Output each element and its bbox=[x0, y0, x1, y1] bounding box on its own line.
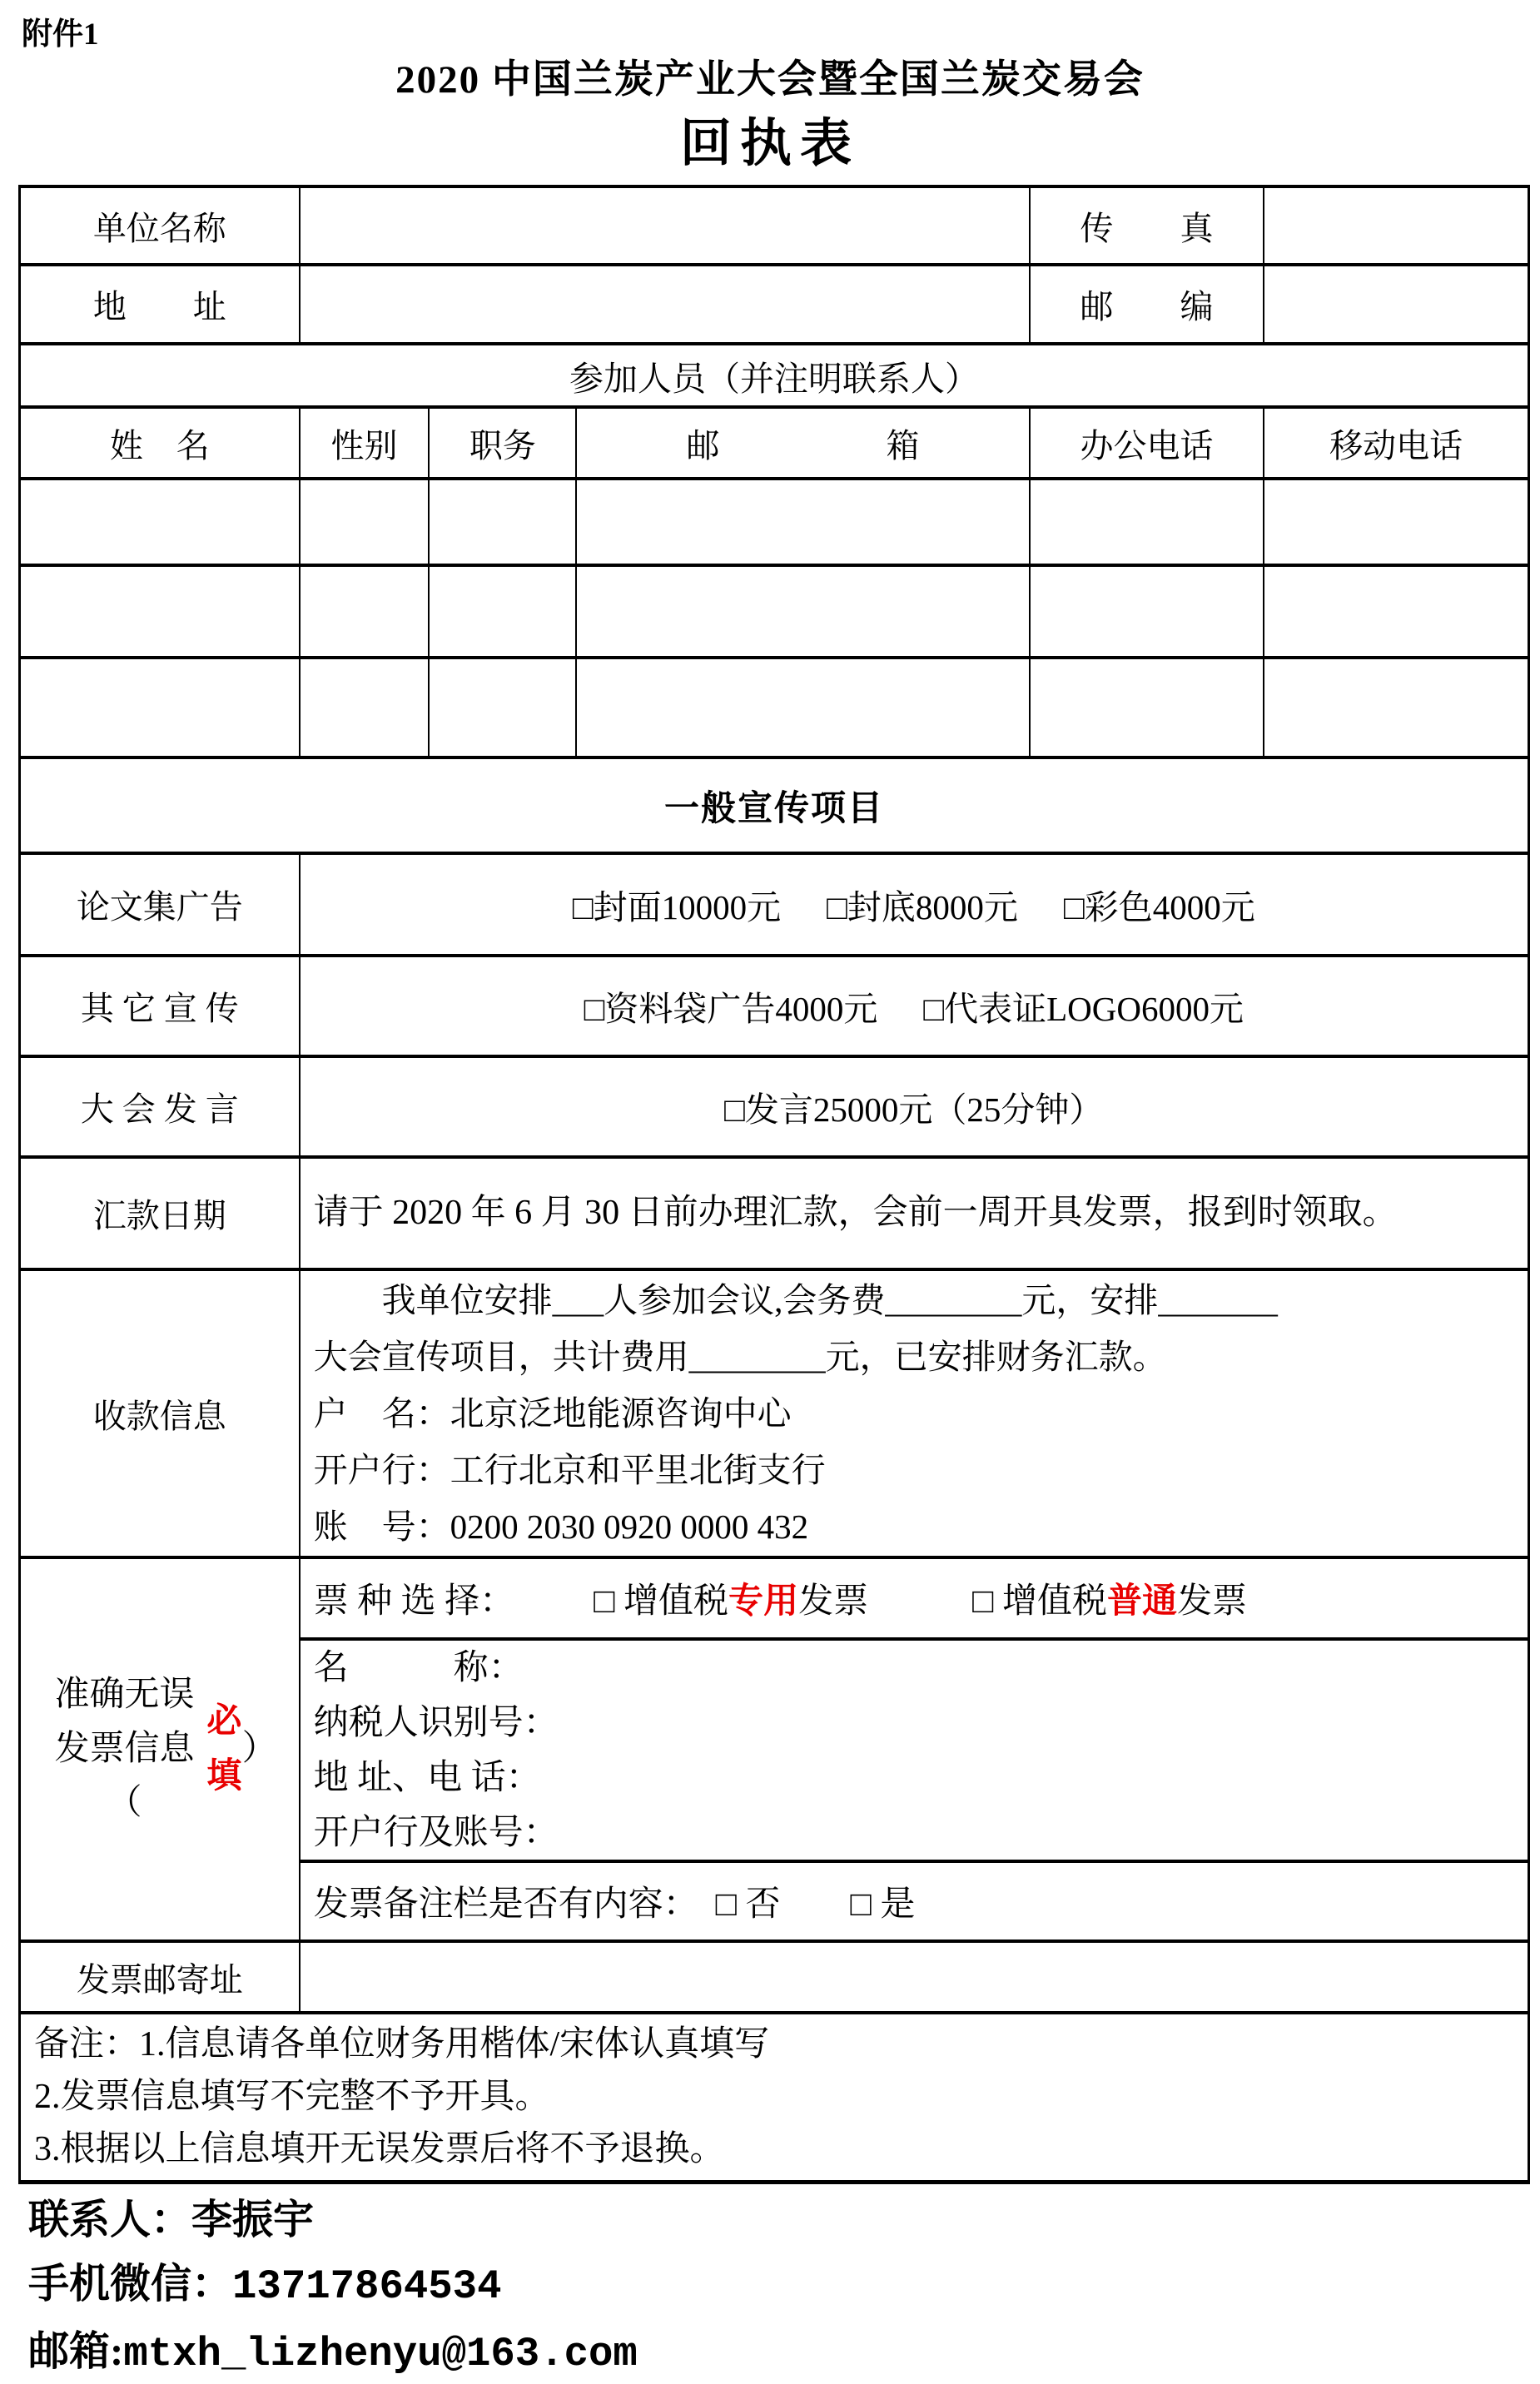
invoice-type-row: 票 种 选 择： □ 增值税专用发票 □ 增值税普通发票 bbox=[301, 1559, 1528, 1641]
participant-mobile-phone-cell[interactable] bbox=[1264, 567, 1528, 656]
promo-section-title: 一般宣传项目 bbox=[21, 759, 1528, 852]
contact-email-label: 邮箱: bbox=[28, 2328, 123, 2374]
payee-line: 大会宣传项目，共计费用________元，已安排财务汇款。 bbox=[314, 1329, 1167, 1385]
invoice-label-text: ） bbox=[242, 1722, 277, 1776]
invoice-mailing-field[interactable] bbox=[301, 1943, 1528, 2011]
invoice-mailing-label: 发票邮寄址 bbox=[21, 1943, 301, 2011]
header-mobile-phone: 移动电话 bbox=[1264, 409, 1528, 477]
remarks-row: 备注：1.信息请各单位财务用楷体/宋体认真填写 2.发票信息填写不完整不予开具。… bbox=[21, 2014, 1528, 2180]
contact-phone-label: 手机微信： bbox=[28, 2261, 232, 2307]
contact-person-label: 联系人： bbox=[28, 2197, 191, 2242]
fax-field[interactable] bbox=[1264, 188, 1528, 263]
payee-info-row: 收款信息 我单位安排___人参加会议,会务费________元，安排______… bbox=[21, 1271, 1528, 1559]
checkbox-option[interactable]: □封底8000元 bbox=[827, 880, 1018, 929]
header-gender: 性别 bbox=[301, 409, 430, 477]
vat-special-checkbox[interactable]: □ 增值税专用发票 bbox=[594, 1573, 868, 1623]
contact-email-line: 邮箱:mtxh_lizhenyu@163.com bbox=[28, 2319, 638, 2384]
document-title: 2020 中国兰炭产业大会暨全国兰炭交易会 bbox=[0, 48, 1540, 104]
proceedings-ad-row: 论文集广告 □封面10000元 □封底8000元 □彩色4000元 bbox=[21, 855, 1528, 957]
participant-mobile-phone-cell[interactable] bbox=[1264, 480, 1528, 564]
option-highlight: 普通 bbox=[1107, 1582, 1177, 1621]
company-name-label: 单位名称 bbox=[21, 188, 301, 263]
participants-section-row: 参加人员（并注明联系人） bbox=[21, 345, 1528, 409]
company-fax-row: 单位名称 传 真 bbox=[21, 188, 1528, 266]
option-text: □ 增值税 bbox=[972, 1582, 1107, 1621]
participant-office-phone-cell[interactable] bbox=[1031, 480, 1265, 564]
remit-date-label: 汇款日期 bbox=[21, 1159, 301, 1268]
participant-office-phone-cell[interactable] bbox=[1031, 659, 1265, 756]
remarks-block: 备注：1.信息请各单位财务用楷体/宋体认真填写 2.发票信息填写不完整不予开具。… bbox=[21, 2014, 1528, 2180]
speech-options: □发言25000元（25分钟） bbox=[301, 1058, 1528, 1155]
invoice-label-text: 准确无误 发票信息（ bbox=[42, 1668, 206, 1830]
contact-person-name: 李振宇 bbox=[191, 2197, 314, 2242]
invoice-mailing-row: 发票邮寄址 bbox=[21, 1943, 1528, 2014]
reply-form-table: 单位名称 传 真 地 址 邮 编 参加人员（并注明联系人） 姓 名 性别 职务 … bbox=[18, 185, 1530, 2184]
vat-general-checkbox[interactable]: □ 增值税普通发票 bbox=[972, 1573, 1247, 1623]
other-promo-label: 其 它 宣 传 bbox=[21, 957, 301, 1055]
payee-account-name: 户 名：北京泛地能源咨询中心 bbox=[314, 1385, 792, 1442]
option-text: 发票 bbox=[798, 1582, 868, 1621]
participant-email-cell[interactable] bbox=[577, 480, 1030, 564]
participant-gender-cell[interactable] bbox=[301, 480, 430, 564]
address-zip-row: 地 址 邮 编 bbox=[21, 266, 1528, 345]
participant-row bbox=[21, 480, 1528, 567]
option-text: □ 增值税 bbox=[594, 1582, 728, 1621]
participants-section-title: 参加人员（并注明联系人） bbox=[21, 345, 1528, 405]
remit-date-row: 汇款日期 请于 2020 年 6 月 30 日前办理汇款，会前一周开具发票，报到… bbox=[21, 1159, 1528, 1271]
participant-email-cell[interactable] bbox=[577, 659, 1030, 756]
remark-line: 备注：1.信息请各单位财务用楷体/宋体认真填写 bbox=[34, 2019, 769, 2071]
participant-office-phone-cell[interactable] bbox=[1031, 567, 1265, 656]
invoice-type-label: 票 种 选 择： bbox=[314, 1573, 515, 1623]
invoice-note-row[interactable]: 发票备注栏是否有内容： □ 否 □ 是 bbox=[301, 1863, 1528, 1939]
participant-position-cell[interactable] bbox=[430, 567, 577, 656]
checkbox-option[interactable]: □封面10000元 bbox=[573, 880, 781, 929]
document-subtitle: 回执表 bbox=[0, 102, 1540, 176]
zip-field[interactable] bbox=[1264, 266, 1528, 342]
payee-bank: 开户行：工行北京和平里北街支行 bbox=[314, 1442, 826, 1498]
address-label: 地 址 bbox=[21, 266, 301, 342]
remark-line: 3.根据以上信息填开无误发票后将不予退换。 bbox=[34, 2123, 725, 2176]
other-promo-options: □资料袋广告4000元 □代表证LOGO6000元 bbox=[301, 957, 1528, 1055]
proceedings-ad-label: 论文集广告 bbox=[21, 855, 301, 954]
remit-date-text: 请于 2020 年 6 月 30 日前办理汇款，会前一周开具发票，报到时领取。 bbox=[301, 1159, 1528, 1268]
participant-row bbox=[21, 567, 1528, 659]
option-highlight: 专用 bbox=[728, 1582, 798, 1621]
invoice-info-row: 准确无误 发票信息（必填） 票 种 选 择： □ 增值税专用发票 □ 增值税普通… bbox=[21, 1559, 1528, 1943]
invoice-info-label: 准确无误 发票信息（必填） bbox=[21, 1559, 301, 1939]
remark-line: 2.发票信息填写不完整不予开具。 bbox=[34, 2071, 550, 2123]
header-position: 职务 bbox=[430, 409, 577, 477]
fax-label: 传 真 bbox=[1031, 188, 1265, 263]
other-promo-row: 其 它 宣 传 □资料袋广告4000元 □代表证LOGO6000元 bbox=[21, 957, 1528, 1058]
attachment-label: 附件1 bbox=[22, 8, 99, 53]
speech-label: 大 会 发 言 bbox=[21, 1058, 301, 1155]
option-text: 发票 bbox=[1177, 1582, 1247, 1621]
invoice-address-phone-line[interactable]: 地 址、电 话： bbox=[314, 1751, 541, 1805]
participant-position-cell[interactable] bbox=[430, 659, 577, 756]
header-name: 姓 名 bbox=[21, 409, 301, 477]
zip-label: 邮 编 bbox=[1031, 266, 1265, 342]
payee-info-block: 我单位安排___人参加会议,会务费________元，安排_______ 大会宣… bbox=[301, 1271, 1528, 1556]
header-email: 邮 箱 bbox=[577, 409, 1030, 477]
participants-header-row: 姓 名 性别 职务 邮 箱 办公电话 移动电话 bbox=[21, 409, 1528, 480]
payee-info-label: 收款信息 bbox=[21, 1271, 301, 1556]
company-name-field[interactable] bbox=[301, 188, 1031, 263]
contact-email-address: mtxh_lizhenyu@163.com bbox=[123, 2331, 638, 2377]
invoice-label-required: 必填 bbox=[206, 1695, 242, 1803]
checkbox-option[interactable]: □彩色4000元 bbox=[1064, 880, 1255, 929]
invoice-company-name-line[interactable]: 名 称： bbox=[314, 1641, 524, 1696]
participant-email-cell[interactable] bbox=[577, 567, 1030, 656]
payee-line: 我单位安排___人参加会议,会务费________元，安排_______ bbox=[314, 1272, 1278, 1329]
header-office-phone: 办公电话 bbox=[1031, 409, 1265, 477]
document-page: 附件1 2020 中国兰炭产业大会暨全国兰炭交易会 回执表 单位名称 传 真 地… bbox=[0, 0, 1540, 2384]
checkbox-option[interactable]: □资料袋广告4000元 bbox=[584, 981, 878, 1031]
contact-phone-line: 手机微信：13717864534 bbox=[28, 2252, 638, 2319]
address-field[interactable] bbox=[301, 266, 1031, 342]
contact-phone-number: 13717864534 bbox=[232, 2263, 501, 2310]
speech-row: 大 会 发 言 □发言25000元（25分钟） bbox=[21, 1058, 1528, 1159]
participant-position-cell[interactable] bbox=[430, 480, 577, 564]
participant-name-cell[interactable] bbox=[21, 480, 301, 564]
invoice-bank-account-line[interactable]: 开户行及账号： bbox=[314, 1805, 559, 1860]
participant-gender-cell[interactable] bbox=[301, 659, 430, 756]
participant-mobile-phone-cell[interactable] bbox=[1264, 659, 1528, 756]
invoice-taxpayer-id-line[interactable]: 纳税人识别号： bbox=[314, 1696, 559, 1751]
contact-person-line: 联系人：李振宇 bbox=[28, 2188, 638, 2252]
participant-gender-cell[interactable] bbox=[301, 567, 430, 656]
proceedings-ad-options: □封面10000元 □封底8000元 □彩色4000元 bbox=[301, 855, 1528, 954]
invoice-info-right: 票 种 选 择： □ 增值税专用发票 □ 增值税普通发票 名 称： 纳税人识别号… bbox=[301, 1559, 1528, 1939]
participant-row bbox=[21, 659, 1528, 759]
participant-name-cell[interactable] bbox=[21, 659, 301, 756]
contact-footer: 联系人：李振宇 手机微信：13717864534 邮箱:mtxh_lizheny… bbox=[28, 2188, 638, 2384]
promo-section-row: 一般宣传项目 bbox=[21, 759, 1528, 855]
payee-account-number: 账 号：0200 2030 0920 0000 432 bbox=[314, 1498, 809, 1555]
invoice-details-block: 名 称： 纳税人识别号： 地 址、电 话： 开户行及账号： bbox=[301, 1641, 1528, 1863]
checkbox-option[interactable]: □发言25000元（25分钟） bbox=[724, 1082, 1103, 1131]
participant-name-cell[interactable] bbox=[21, 567, 301, 656]
checkbox-option[interactable]: □代表证LOGO6000元 bbox=[923, 981, 1244, 1031]
